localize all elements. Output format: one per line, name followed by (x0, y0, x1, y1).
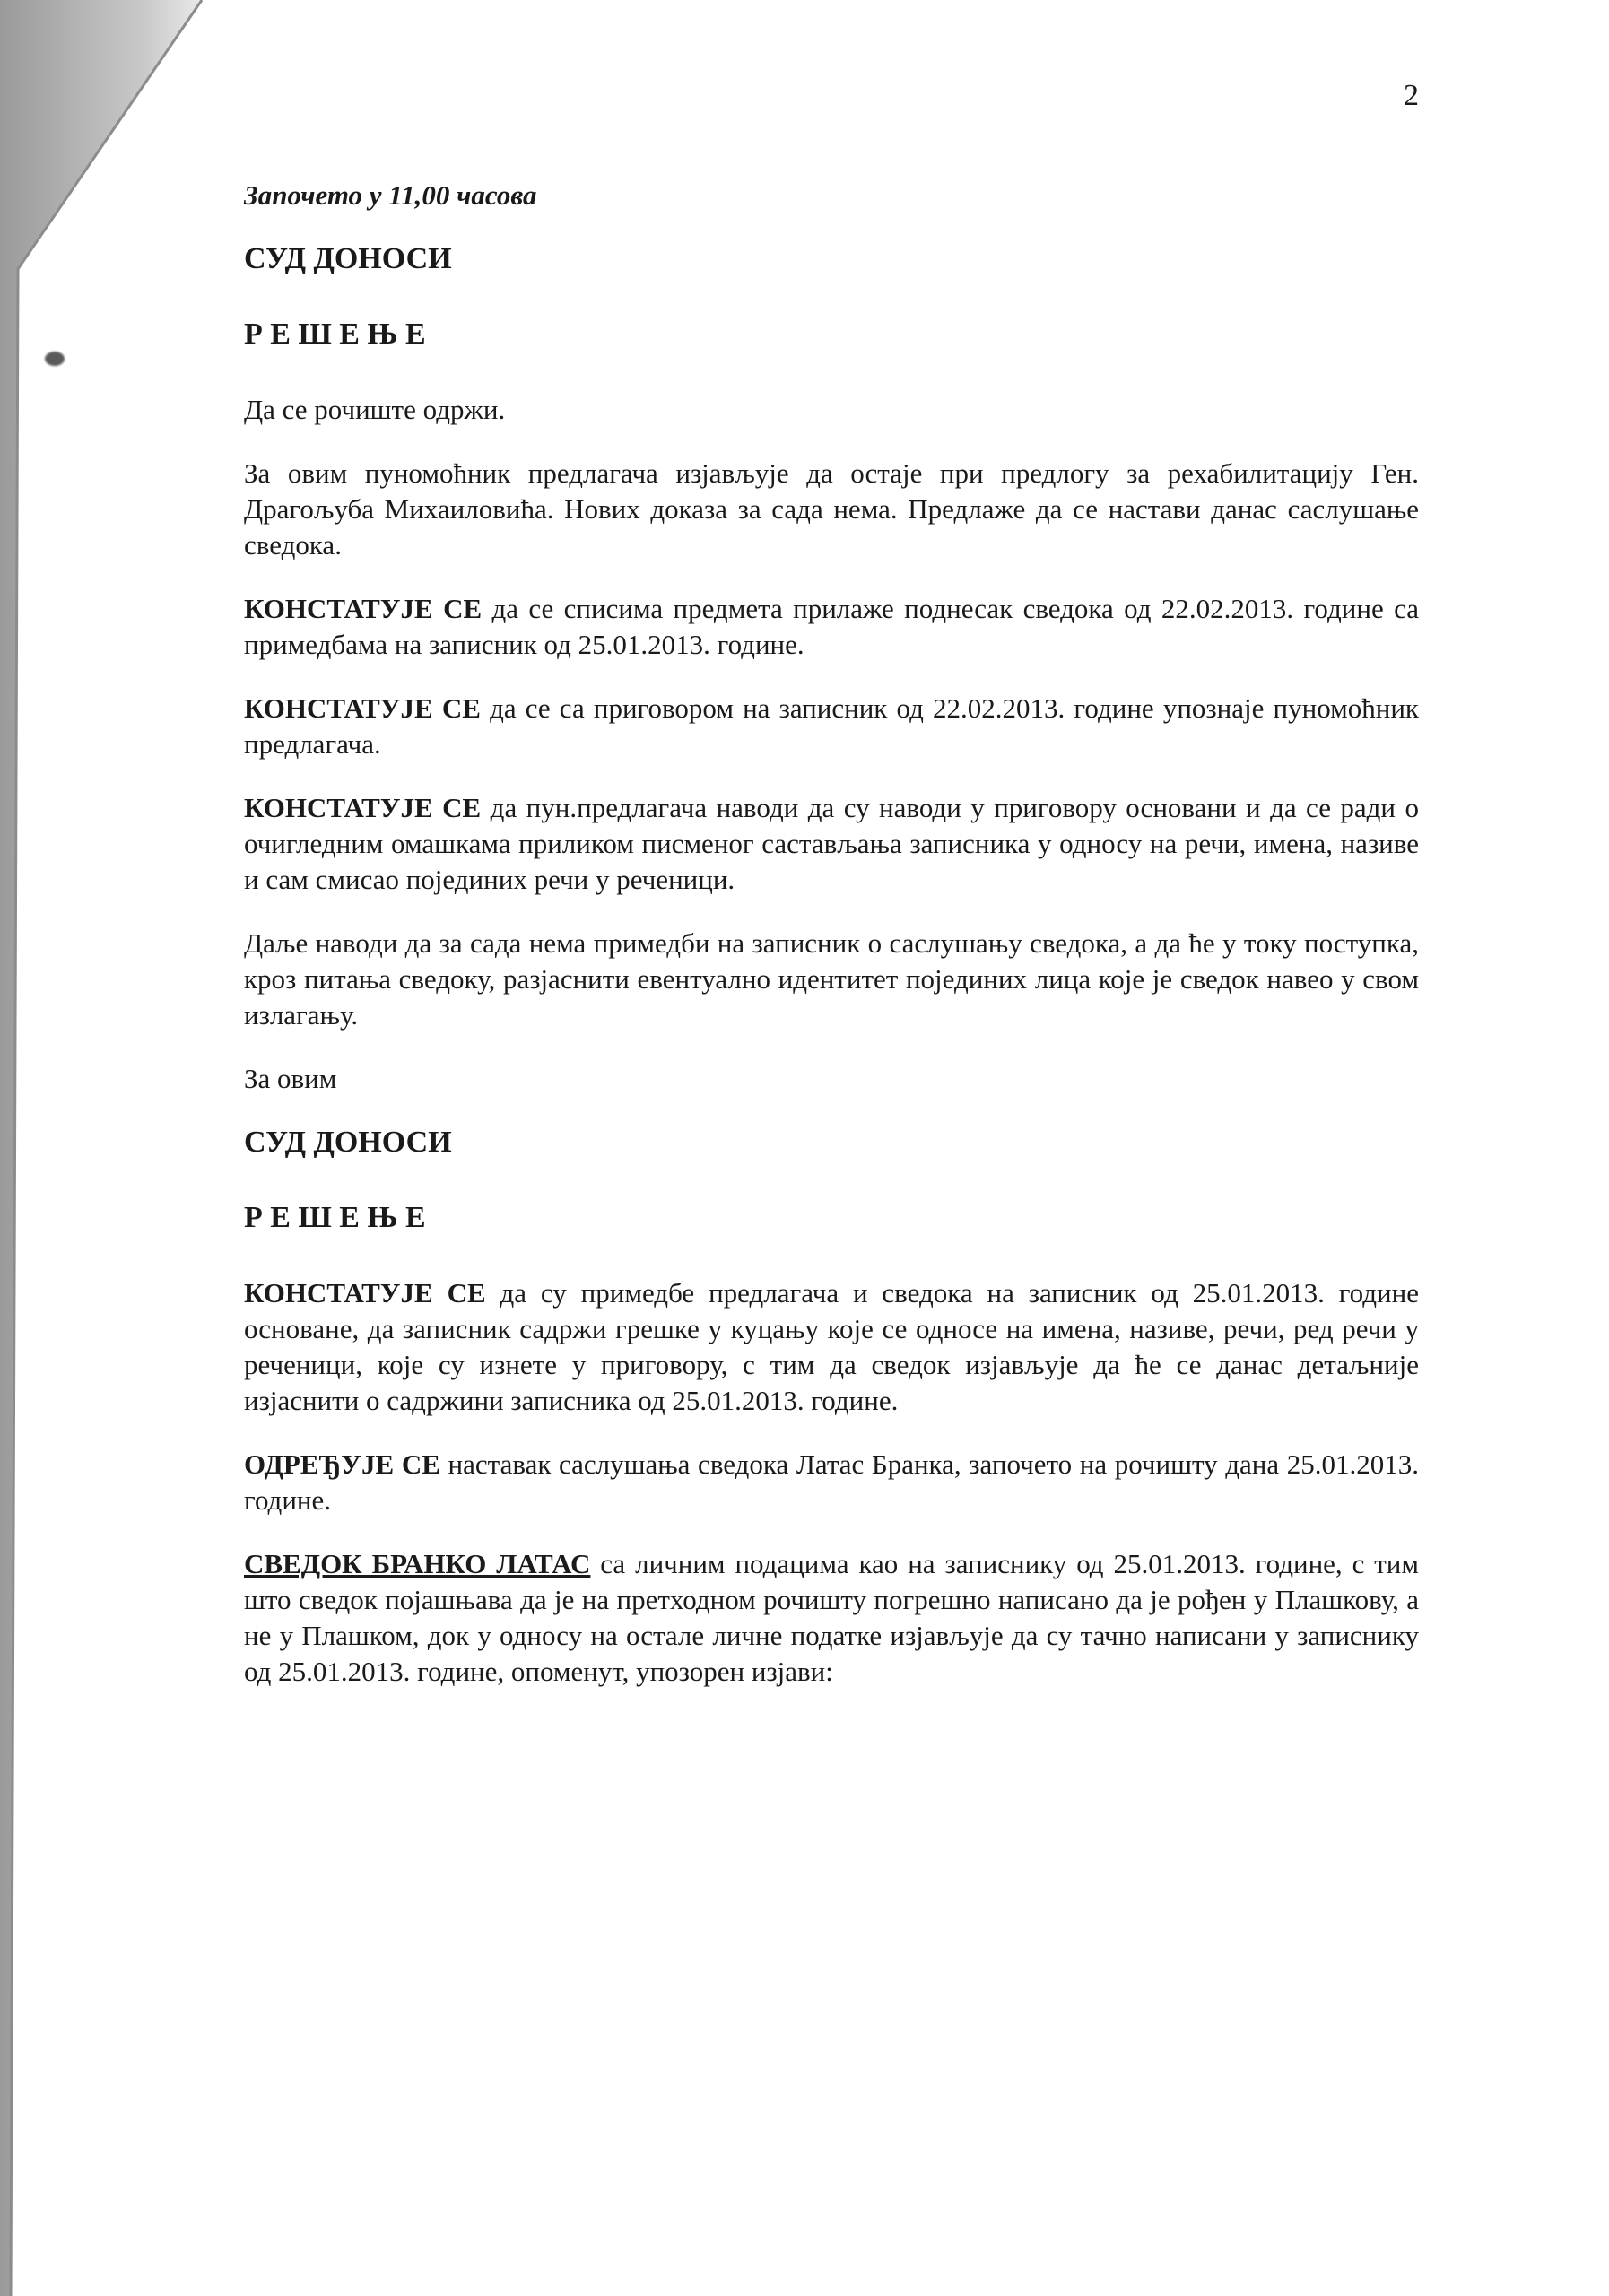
paragraph: Даље наводи да за сада нема примедби на … (244, 926, 1419, 1033)
paragraph: За овим пуномоћник предлагача изјављује … (244, 456, 1419, 563)
document-body: Започето у 11,00 часоваСУД ДОНОСИР Е Ш Е… (244, 178, 1419, 1718)
paragraph: ОДРЕЂУЈЕ СЕ наставак саслушања сведока Л… (244, 1447, 1419, 1518)
paragraph-lead: КОНСТАТУЈЕ СЕ (244, 593, 482, 624)
paragraph: Да се рочиште одржи. (244, 392, 1419, 428)
paragraph-lead: СВЕДОК БРАНКО ЛАТАС (244, 1548, 590, 1579)
decision-heading: Р Е Ш Е Њ Е (244, 317, 1419, 352)
section-heading: СУД ДОНОСИ (244, 241, 1419, 277)
section-heading: СУД ДОНОСИ (244, 1125, 1419, 1161)
paragraph: За овим (244, 1061, 1419, 1097)
paragraph-lead: ОДРЕЂУЈЕ СЕ (244, 1448, 440, 1480)
paragraph-lead: КОНСТАТУЈЕ СЕ (244, 792, 481, 823)
paragraph: КОНСТАТУЈЕ СЕ да се са приговором на зап… (244, 691, 1419, 762)
paragraph-lead: КОНСТАТУЈЕ СЕ (244, 692, 481, 724)
paragraph: КОНСТАТУЈЕ СЕ да су примедбе предлагача … (244, 1275, 1419, 1419)
page-number: 2 (1404, 79, 1419, 113)
decision-heading: Р Е Ш Е Њ Е (244, 1200, 1419, 1236)
scan-speck (45, 352, 65, 366)
scan-edge-shadow (0, 0, 215, 2296)
paragraph-lead: КОНСТАТУЈЕ СЕ (244, 1277, 486, 1309)
paragraph: КОНСТАТУЈЕ СЕ да пун.предлагача наводи д… (244, 790, 1419, 898)
paragraph: СВЕДОК БРАНКО ЛАТАС са личним подацима к… (244, 1546, 1419, 1690)
paragraph: КОНСТАТУЈЕ СЕ да се списима предмета при… (244, 591, 1419, 663)
start-time-note: Започето у 11,00 часова (244, 178, 1419, 213)
